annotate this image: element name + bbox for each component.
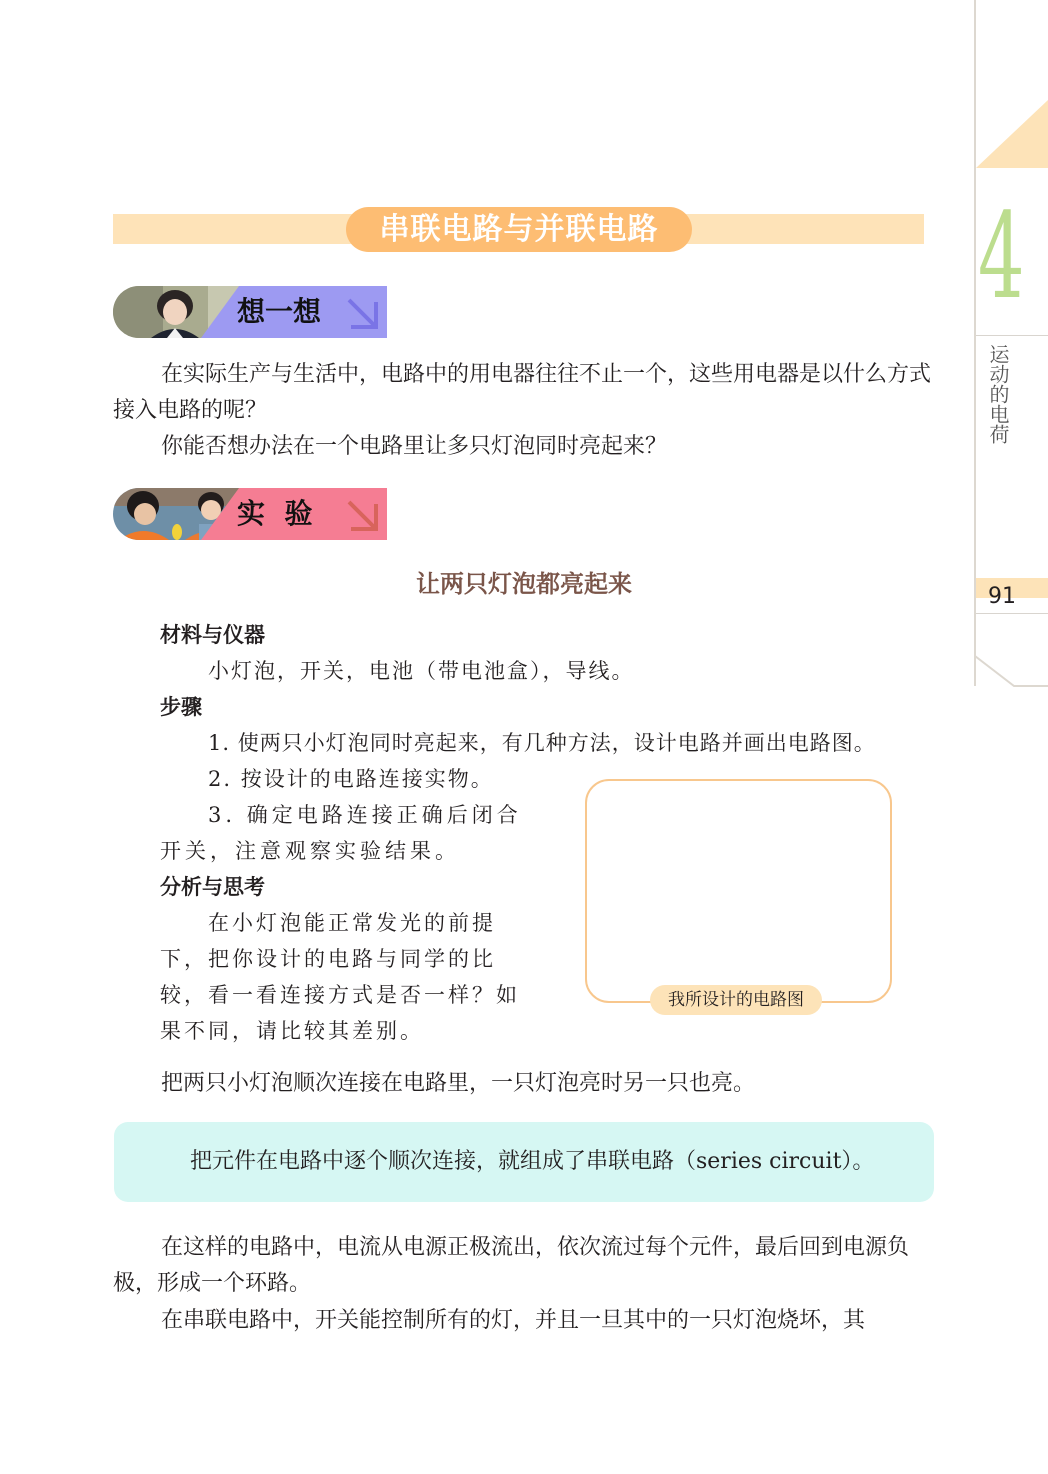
analysis-text: 在小灯泡能正常发光的前提下，把你设计的电路与同学的比较，看一看连接方式是否一样？…	[160, 905, 542, 1049]
page-number: 91	[988, 584, 1016, 610]
diagram-caption: 我所设计的电路图	[650, 985, 822, 1015]
arrow-down-right-icon	[345, 498, 381, 534]
circuit-diagram-area[interactable]	[585, 779, 892, 1003]
steps-heading: 步骤	[160, 689, 202, 725]
experiment-label: 实 验	[237, 494, 347, 534]
materials-text: 小灯泡，开关，电池（带电池盒），导线。	[208, 653, 908, 689]
body-paragraph-2: 在串联电路中，开关能控制所有的灯，并且一旦其中的一只灯泡烧坏，其	[113, 1303, 935, 1339]
arrow-down-right-icon	[345, 296, 381, 332]
materials-heading: 材料与仪器	[160, 617, 265, 653]
divider	[976, 613, 1048, 614]
experiment-banner: 实 验	[113, 488, 387, 540]
series-circuit-definition: 把元件在电路中逐个顺次连接，就组成了串联电路（series circuit）。	[190, 1144, 914, 1180]
chapter-title: 运动的电荷	[984, 344, 1008, 444]
chapter-number: 4	[978, 196, 1015, 316]
observation-text: 把两只小灯泡顺次连接在电路里，一只灯泡亮时另一只也亮。	[161, 1066, 941, 1102]
think-paragraph-2: 你能否想办法在一个电路里让多只灯泡同时亮起来？	[113, 429, 935, 465]
divider	[976, 335, 1048, 336]
think-banner: 想一想	[113, 286, 387, 338]
step-2: 2. 按设计的电路连接实物。	[208, 761, 578, 797]
analysis-heading: 分析与思考	[160, 869, 265, 905]
step-3: 3. 确定电路连接正确后闭合开关，注意观察实验结果。	[160, 797, 542, 869]
definition-callout: 把元件在电路中逐个顺次连接，就组成了串联电路（series circuit）。	[114, 1122, 934, 1202]
section-title: 串联电路与并联电路	[346, 207, 692, 252]
decorative-triangle	[976, 100, 1048, 168]
body-paragraph-1: 在这样的电路中，电流从电源正极流出，依次流过每个元件，最后回到电源负极，形成一个…	[113, 1230, 935, 1302]
think-paragraph-1: 在实际生产与生活中，电路中的用电器往往不止一个，这些用电器是以什么方式接入电路的…	[113, 357, 935, 429]
step-1: 1. 使两只小灯泡同时亮起来，有几种方法，设计电路并画出电路图。	[208, 725, 928, 761]
tab-corner-cut	[974, 655, 1048, 687]
think-label: 想一想	[237, 292, 347, 332]
experiment-title: 让两只灯泡都亮起来	[114, 566, 934, 602]
